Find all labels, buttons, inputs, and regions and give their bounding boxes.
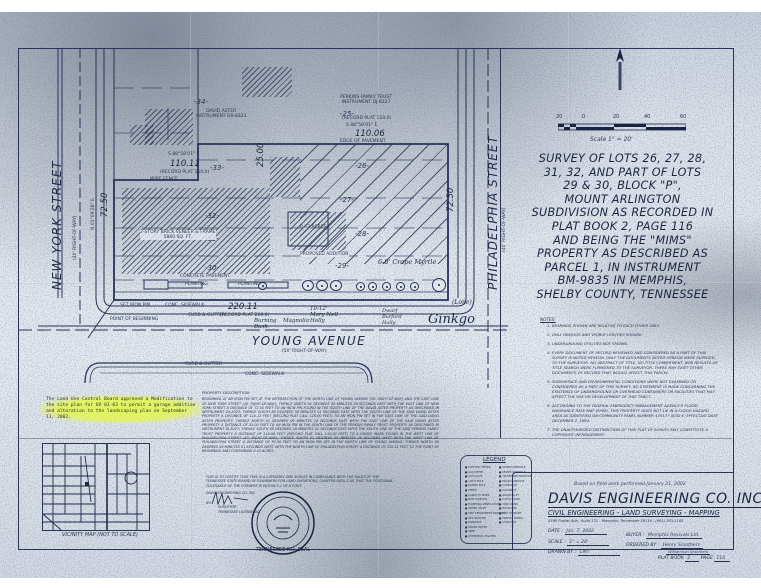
tree-icon bbox=[432, 278, 446, 292]
note-item: ONLY OBVIOUS AND VISIBLE UTILITIES SHOWN… bbox=[552, 332, 720, 337]
date-field: DATE : Jan. 7, 2002 bbox=[548, 529, 607, 535]
handwritten-burning-bush: Burning Bush bbox=[254, 318, 276, 330]
street-young-avenue: YOUNG AVENUE bbox=[252, 334, 366, 348]
legend-item-label: SET IRON PIN bbox=[468, 517, 485, 520]
legend-item-label: PLUMBING VENTILATION bbox=[468, 503, 499, 506]
legend-item: ■ GAS METER bbox=[465, 471, 483, 474]
dim-north-right: 110.06 bbox=[355, 129, 385, 139]
scale-field: SCALE : 1" = 20' bbox=[548, 540, 609, 546]
highlighted-approval-note: The Land Use Control Board approved a Mo… bbox=[40, 395, 202, 423]
note-item: ACCORDING TO THE FEDERAL EMERGENCY MANAG… bbox=[552, 403, 720, 423]
title-line: 31, 32, AND PART OF LOTS bbox=[520, 166, 725, 180]
legend-item-label: ELECTRIC METER bbox=[468, 466, 490, 469]
handwritten-ginkgo: Ginkgo bbox=[428, 312, 475, 327]
street-philadelphia: PHILADELPHIA STREET bbox=[486, 135, 500, 290]
lot-30: -30- bbox=[205, 264, 219, 272]
legend-item-label: STORM MANHOLE bbox=[502, 466, 525, 469]
legend-title: LEGEND bbox=[483, 457, 506, 463]
legend-item: ■ WATER VALVE bbox=[465, 507, 486, 510]
company-name: DAVIS ENGINEERING CO. INC. bbox=[548, 491, 761, 508]
surveyor-seal-icon: TENNESSEE NO. SEAL bbox=[250, 490, 316, 556]
handwritten-holly: 10-12' Mary Nell Holly bbox=[310, 306, 340, 324]
street-row-east: (40' RIGHT-OF-WAY) bbox=[502, 207, 507, 252]
note-item: BEARINGS SHOWN ARE RELATIVE TO EACH OTHE… bbox=[552, 323, 720, 328]
bearing-west: N 01°09'28" E bbox=[91, 198, 96, 230]
company-address: 5390 Poplar Ave., Suite 131 - Memphis, T… bbox=[548, 519, 683, 523]
property-description-header: PROPERTY DESCRIPTION: bbox=[202, 391, 439, 395]
proposed-addition-label: PROPOSED ADDITION bbox=[300, 252, 349, 257]
note-item: THE UNAUTHORIZED DISTRIBUTION OF THIS PL… bbox=[552, 427, 720, 437]
bearing-north-left: S 88°58'01" E bbox=[168, 152, 199, 157]
bearing-north-right: S 88°58'01" E bbox=[346, 123, 377, 128]
legend-item: ■ LIGHT POLE bbox=[465, 480, 484, 483]
scale-label: Scale 1" = 20' bbox=[590, 136, 633, 143]
north-arrow-icon bbox=[616, 48, 624, 92]
note-item: UNDERGROUND UTILITIES NOT SHOWN. bbox=[552, 341, 720, 346]
scale-tick-60: 60 bbox=[680, 114, 686, 120]
legend-item-label: FENCE bbox=[468, 489, 477, 492]
edge-of-pavement-label: EDGE OF PAVEMENT bbox=[340, 139, 386, 144]
legend-item: ■ CABLE TV RISER bbox=[465, 494, 489, 497]
conc-sidewalk-label: CONC. SIDEWALK bbox=[165, 303, 204, 308]
company-services: CIVIL ENGINEERING - LAND SURVEYING - MAP… bbox=[548, 509, 720, 517]
note-item: EVERY DOCUMENT OF RECORD REVIEWED AND CO… bbox=[552, 350, 720, 375]
legend-item: ■ FENCE bbox=[465, 489, 477, 492]
vicinity-map-label: VICINITY MAP (NOT TO SCALE) bbox=[62, 532, 138, 538]
legend-item-label: NEW IRON PIN bbox=[468, 498, 487, 501]
drawn-by-field: DRAWN BY : CMT bbox=[548, 550, 620, 556]
lot-32: -32- bbox=[205, 212, 219, 220]
lot-34: -34- bbox=[194, 98, 208, 106]
title-line: PLAT BOOK 2, PAGE 116 bbox=[520, 220, 725, 234]
planting-label: PLANTING bbox=[185, 282, 208, 287]
field-work-date: Based on field work performed January 21… bbox=[574, 482, 686, 487]
street-row-west: (40' RIGHT-OF-WAY) bbox=[73, 215, 78, 260]
notes-header: NOTES: bbox=[540, 317, 720, 322]
title-line: MOUNT ARLINGTON bbox=[520, 193, 725, 207]
title-block: SURVEY OF LOTS 26, 27, 28, 31, 32, AND P… bbox=[520, 152, 725, 302]
scale-tick-40: 40 bbox=[644, 114, 650, 120]
dim-east-top: 25.00 bbox=[256, 143, 266, 167]
legend-item: ■ PLUMBING VENTILATION bbox=[465, 503, 500, 506]
tree-icon bbox=[356, 282, 365, 291]
point-of-beginning-label: POINT OF BEGINNING bbox=[110, 317, 158, 322]
legend-item: ■ GAS VALVE bbox=[465, 475, 483, 478]
parking-hatch bbox=[300, 144, 448, 264]
buyer-field: BUYER : Memphis Revivals Ltd. bbox=[626, 533, 702, 539]
record-plat-left: (RECORD PLAT 110.0) bbox=[160, 170, 209, 175]
tree-icon bbox=[302, 280, 314, 291]
legend-item-label: POWER POLE bbox=[468, 484, 485, 487]
tree-icon bbox=[410, 282, 419, 291]
acreage-label: 0.43 ACRES bbox=[300, 225, 326, 230]
dim-east-bottom: 72.50 bbox=[446, 188, 456, 212]
title-line: PROPERTY AS DESCRIBED AS bbox=[520, 247, 725, 261]
lot-27: -27- bbox=[340, 196, 354, 204]
title-line: SURVEY OF LOTS 26, 27, 28, bbox=[520, 152, 725, 166]
tree-icon bbox=[368, 282, 377, 291]
lot-33: -33- bbox=[210, 164, 224, 172]
legend-item-label: CABLE TV RISER bbox=[468, 494, 489, 497]
signature bbox=[210, 490, 250, 508]
building-hatch bbox=[270, 157, 300, 197]
concrete-pavement-label: CONCRETE PAVEMENT bbox=[180, 274, 230, 279]
legend-item: ■ SET IRON PIN bbox=[465, 517, 486, 520]
legend-item: ■ POWER POLE bbox=[465, 484, 485, 487]
dim-west: 72.50 bbox=[100, 193, 110, 217]
adjoiner-north-west: DAVID ASTER INSTRUMENT DX-8323 bbox=[196, 109, 246, 119]
tree-icon bbox=[258, 282, 267, 290]
tree-icon bbox=[396, 282, 405, 291]
street-row-south: (50' RIGHT-OF-WAY) bbox=[282, 349, 327, 354]
notes-section: NOTES: BEARINGS SHOWN ARE RELATIVE TO EA… bbox=[540, 317, 720, 441]
vicinity-map bbox=[42, 443, 150, 531]
property-description-text: BEGINNING AT AN IRON PIN SET AT THE INTE… bbox=[202, 397, 439, 453]
handwritten-magnolia: Magnolia bbox=[283, 318, 309, 324]
title-line: 29 & 30, BLOCK "P", bbox=[520, 179, 725, 193]
ordered-by-field-2: Williamson Smothers bbox=[666, 549, 710, 555]
legend-item-label: MANHOLE bbox=[468, 521, 481, 524]
curb-gutter-label: CURB & GUTTER bbox=[188, 313, 225, 318]
dim-north-left: 110.11 bbox=[170, 159, 200, 169]
legend-item: ■ MANHOLE bbox=[465, 521, 481, 524]
wire-fence-label: WIRE FENCE bbox=[150, 177, 178, 182]
scale-tick-20: 20 bbox=[613, 114, 619, 120]
scale-bar bbox=[558, 122, 686, 132]
neighbor-building-hatch bbox=[242, 67, 292, 97]
title-line: PARCEL 1, IN INSTRUMENT bbox=[520, 261, 725, 275]
legend-item-label: OVERHEAD UTILITIES bbox=[468, 535, 496, 538]
legend-item-label: TREE bbox=[468, 530, 475, 533]
scale-tick-0: 0 bbox=[582, 114, 585, 120]
certification-text: THIS IS TO CERTIFY THAT THIS IS A CATEGO… bbox=[206, 475, 396, 488]
adjoiner-north-east: PERKINS FAMILY TRUST INSTRUMENT DJ-8227 bbox=[340, 95, 392, 105]
svg-text:TENNESSEE NO. SEAL: TENNESSEE NO. SEAL bbox=[255, 547, 311, 553]
legend-item-label: WATER METER bbox=[468, 526, 487, 529]
legend-item-label: LIGHT POLE bbox=[468, 480, 483, 483]
legend-item: ■ WATER METER bbox=[465, 526, 487, 529]
handwritten-ginkgo-note: (Lone) bbox=[452, 299, 472, 306]
legend-item: ■ NEW IRON PIN bbox=[465, 498, 487, 501]
legend-item-label: WATER VALVE bbox=[468, 507, 486, 510]
handwritten-dwarf-holly: Dwarf Burford Holly bbox=[382, 308, 404, 326]
record-plat-right: (RECORD PLAT 110.0) bbox=[342, 116, 391, 121]
vicinity-map-streets bbox=[43, 444, 149, 530]
note-item: SUBSURFACE AND ENVIRONMENTAL CONDITIONS … bbox=[552, 379, 720, 399]
young-avenue-curb bbox=[82, 357, 382, 387]
lot-28: -28- bbox=[355, 230, 369, 238]
legend-item: ■ TREE bbox=[465, 530, 475, 533]
tree-icon bbox=[382, 282, 391, 291]
street-new-york: NEW YORK STREET bbox=[50, 160, 64, 290]
lot-29: -29- bbox=[335, 262, 349, 270]
building-label: 2-STORY BRICK VENEER & FRAME 5860 SQ. FT… bbox=[140, 230, 216, 240]
handwritten-crape-myrtle: 6-8' Crape Myrtle bbox=[378, 258, 436, 266]
title-line: SUBDIVISION AS RECORDED IN bbox=[520, 206, 725, 220]
lot-26: -26- bbox=[355, 162, 369, 170]
legend-item-label: GAS VALVE bbox=[468, 475, 482, 478]
dim-south: 220.11 bbox=[228, 302, 258, 312]
property-description: PROPERTY DESCRIPTION: BEGINNING AT AN IR… bbox=[202, 391, 439, 453]
plat-book-field: PLAT BOOK 2 PAGE 116 bbox=[658, 556, 730, 562]
title-line: AND BEING THE "MIMS" bbox=[520, 234, 725, 248]
legend-item: ■ STORM MANHOLE bbox=[499, 466, 525, 469]
title-line: SHELBY COUNTY, TENNESSEE bbox=[520, 288, 725, 302]
scale-tick-20a: 20 bbox=[556, 114, 562, 120]
set-iron-pin-label: SET IRON PIN bbox=[120, 303, 150, 308]
tree-icon bbox=[330, 280, 342, 291]
legend-item-label: GAS METER bbox=[468, 471, 483, 474]
legend-item: ■ ELECTRIC METER bbox=[465, 466, 491, 469]
tree-icon bbox=[316, 280, 328, 291]
survey-plat-sheet: -34- -33- -32- -31- -30- -25- -26- -27- … bbox=[0, 12, 761, 578]
neighbor-building-hatch bbox=[130, 125, 154, 145]
title-line: BM-9835 IN MEMPHIS, bbox=[520, 274, 725, 288]
legend-item: ■ OVERHEAD UTILITIES bbox=[465, 535, 496, 538]
